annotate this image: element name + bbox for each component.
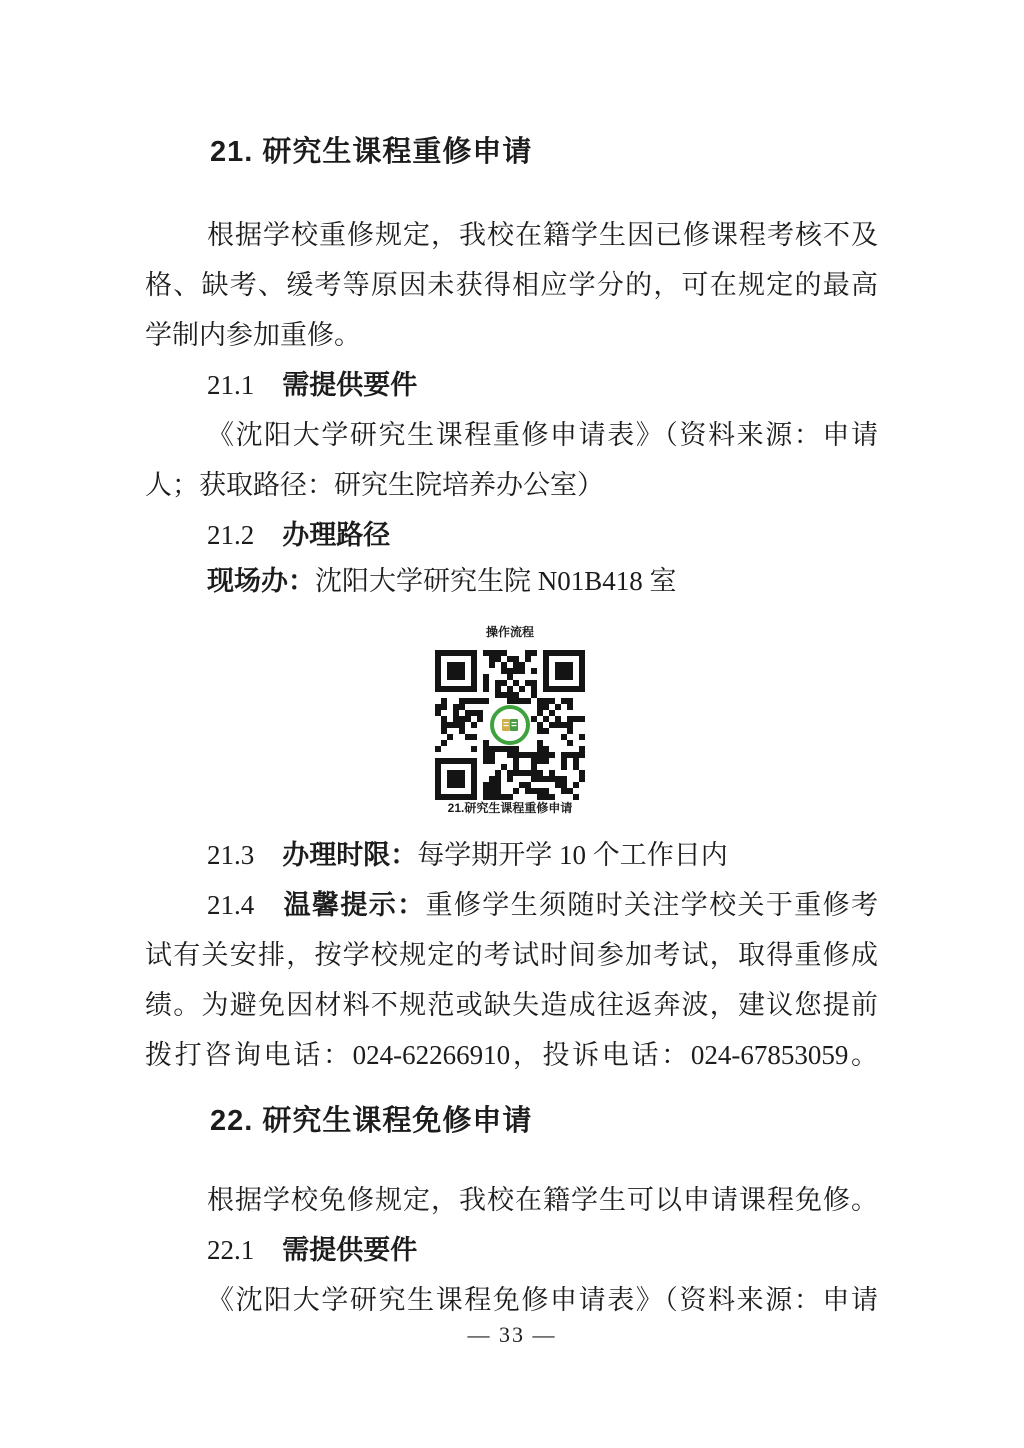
qr-top-label: 操作流程	[435, 622, 585, 642]
s21-requirement-line-2: 人；获取路径：研究生院培养办公室）	[145, 460, 878, 510]
s22-intro-line: 根据学校免修规定，我校在籍学生可以申请课程免修。	[145, 1175, 878, 1225]
heading-21-1-label: 需提供要件	[282, 370, 417, 400]
heading-21-4-label: 温馨提示：	[282, 890, 425, 920]
heading-21-4-number: 21.4	[207, 890, 254, 920]
s21-intro-line-1: 根据学校重修规定，我校在籍学生因已修课程考核不及	[145, 210, 878, 260]
heading-21-3-number: 21.3	[207, 840, 254, 870]
s21-tip-line-2: 试有关安排，按学校规定的考试时间参加考试，取得重修成	[145, 930, 878, 980]
s21-requirement-line-1: 《沈阳大学研究生课程重修申请表》（资料来源：申请	[145, 410, 878, 460]
heading-21-1-number: 21.1	[207, 370, 254, 400]
book-icon	[501, 717, 519, 733]
heading-21-2-number: 21.2	[207, 520, 254, 550]
heading-21-1: 21.1需提供要件	[145, 360, 878, 410]
s22-requirement-line-1: 《沈阳大学研究生课程免修申请表》（资料来源：申请	[145, 1275, 878, 1325]
heading-21-3-text: 每学期开学 10 个工作日内	[417, 840, 728, 870]
s21-site-bold: 现场办：	[207, 566, 315, 596]
heading-21-3: 21.3办理时限：每学期开学 10 个工作日内	[145, 830, 878, 880]
page-number: — 33 —	[0, 1320, 1024, 1350]
heading-22-1-number: 22.1	[207, 1235, 254, 1265]
qr-center-logo-icon	[490, 705, 530, 745]
section-21-title: 21. 研究生课程重修申请	[210, 132, 532, 172]
heading-22-1: 22.1需提供要件	[145, 1225, 878, 1275]
heading-22-1-label: 需提供要件	[282, 1235, 417, 1265]
heading-21-3-label: 办理时限：	[282, 840, 417, 870]
heading-21-2: 21.2办理路径	[145, 510, 878, 560]
section-22-title: 22. 研究生课程免修申请	[210, 1101, 532, 1141]
s21-tip-line-3: 绩。为避免因材料不规范或缺失造成往返奔波，建议您提前	[145, 980, 878, 1030]
s21-site-line: 现场办：沈阳大学研究生院 N01B418 室	[145, 556, 878, 606]
s21-site-rest: 沈阳大学研究生院 N01B418 室	[315, 566, 677, 596]
heading-21-4-text: 重修学生须随时关注学校关于重修考	[425, 890, 878, 920]
heading-21-2-label: 办理路径	[282, 520, 390, 550]
s21-tip-line-1: 21.4温馨提示：重修学生须随时关注学校关于重修考	[145, 880, 878, 930]
s21-intro-line-2: 格、缺考、缓考等原因未获得相应学分的，可在规定的最高	[145, 260, 878, 310]
s21-intro-line-3: 学制内参加重修。	[145, 310, 878, 360]
s21-tip-line-4: 拨打咨询电话：024-62266910，投诉电话：024-67853059。	[145, 1030, 878, 1080]
document-page: 21. 研究生课程重修申请 根据学校重修规定，我校在籍学生因已修课程考核不及 格…	[0, 0, 1024, 1448]
qr-caption: 21.研究生课程重修申请	[385, 798, 635, 818]
